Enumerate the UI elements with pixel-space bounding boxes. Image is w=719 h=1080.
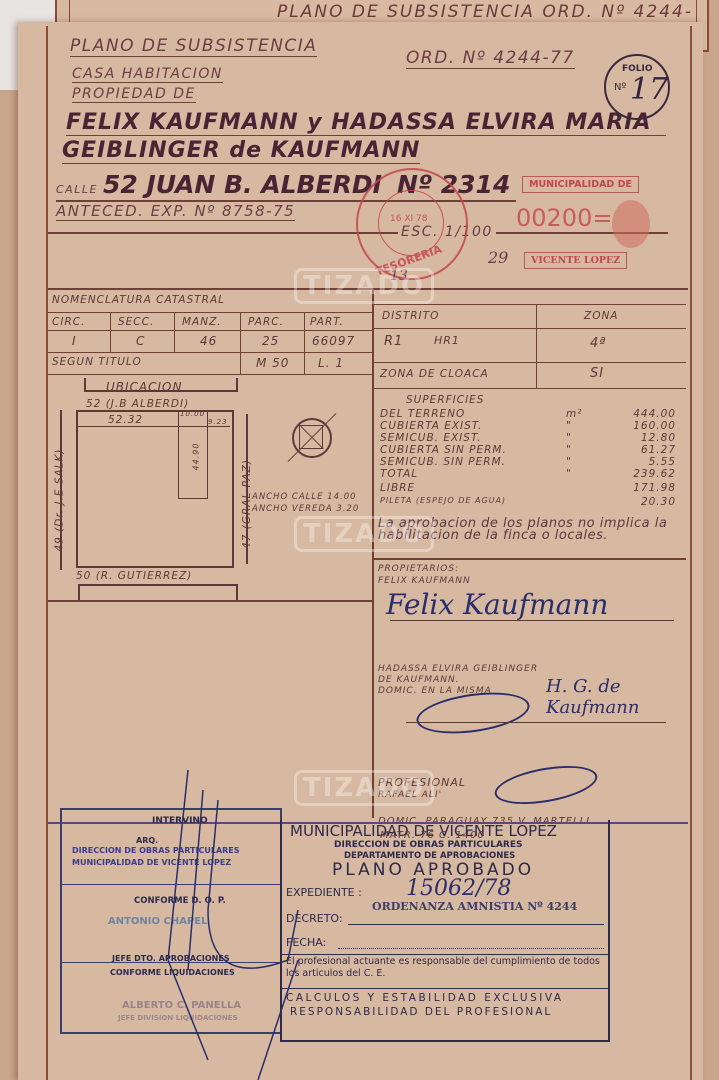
surface-unit — [566, 496, 606, 508]
meter-value: 00200= — [516, 204, 612, 232]
segun-titulo-lote: L. 1 — [318, 356, 344, 370]
fecha-field — [338, 948, 604, 949]
val-secc: C — [136, 334, 145, 348]
distrito-value-1: R1 — [384, 334, 403, 349]
north-arrow-icon — [292, 418, 332, 458]
folio-number: 17 — [630, 72, 668, 107]
surface-label: CUBIERTA SIN PERM. — [380, 444, 566, 456]
surface-row-pileta: PILETA (ESPEJO DE AGUA)20.30 — [380, 496, 680, 508]
owner2-name-1: HADASSA ELVIRA GEIBLINGER — [378, 664, 538, 674]
ancho-vereda: ANCHO VEREDA 3.20 — [252, 504, 359, 514]
surface-row: SEMICUB. SIN PERM."5.55 — [380, 456, 680, 468]
surface-unit: " — [566, 432, 606, 444]
decreto-line — [348, 924, 604, 925]
surface-label: CUBIERTA EXIST. — [380, 420, 566, 432]
zona-value: 4ª — [590, 336, 606, 351]
professional-signature — [492, 759, 600, 811]
block-bottom-outline — [78, 584, 238, 600]
col-secc: SECC. — [118, 316, 154, 328]
street-name: 52 JUAN B. ALBERDI — [103, 170, 382, 199]
tesoreria-seal: 16 XI 78 TESORERIA — [356, 168, 468, 280]
stamp-calc-2: RESPONSABILIDAD DEL PROFESIONAL — [290, 1006, 552, 1018]
coat-of-arms-icon — [612, 200, 650, 248]
col-part: PART. — [310, 316, 344, 328]
stamp-divider — [282, 954, 608, 955]
owner2-signature: H. G. de Kaufmann — [546, 676, 688, 718]
segun-titulo-label: SEGUN TITULO — [52, 356, 142, 368]
surfaces-title: SUPERFICIES — [406, 394, 484, 406]
catastral-title: NOMENCLATURA CATASTRAL — [52, 294, 225, 306]
surface-row: CUBIERTA SIN PERM."61.27 — [380, 444, 680, 456]
building-use: CASA HABITACION — [72, 66, 223, 83]
meter-top-banner: MUNICIPALIDAD DE — [522, 176, 639, 193]
plan-sheet: PLANO DE SUBSISTENCIA ORD. Nº 4244-77 CA… — [18, 22, 703, 1080]
surface-unit — [566, 482, 606, 496]
ordinance-number: ORD. Nº 4244-77 — [406, 48, 575, 69]
divider-map — [48, 600, 372, 602]
col-circ: CIRC. — [52, 316, 85, 328]
location-map: UBICACION 52 (J.B ALBERDI) 52.32 10.00 9… — [48, 374, 372, 600]
divider-surfaces — [374, 558, 686, 560]
surface-value: 171.98 — [606, 482, 676, 496]
cloaca-label: ZONA DE CLOACA — [380, 368, 489, 380]
street-label: CALLE — [56, 183, 98, 196]
col-manz: MANZ. — [182, 316, 222, 328]
cloaca-value: SI — [590, 366, 604, 381]
val-manz: 46 — [200, 334, 217, 348]
surface-row-libre: LIBRE171.98 — [380, 482, 680, 496]
professional-registration: MATR. 76 C. 1400 — [380, 830, 485, 841]
row-divider — [374, 388, 686, 389]
surface-unit: " — [566, 444, 606, 456]
surface-row-total: TOTAL"239.62 — [380, 468, 680, 482]
distrito-label: DISTRITO — [382, 310, 439, 322]
surface-row: CUBIERTA EXIST."160.00 — [380, 420, 680, 432]
dim-side: 9.23 — [208, 418, 228, 426]
postage-meter-stamp: MUNICIPALIDAD DE 00200= VICENTE LOPEZ — [512, 174, 662, 270]
stamp-direction: DIRECCION DE OBRAS PARTICULARES — [334, 840, 522, 850]
zoning-table: DISTRITO ZONA R1 HR1 4ª ZONA DE CLOACA S… — [374, 304, 686, 388]
owner1-signature: Felix Kaufmann — [386, 588, 608, 621]
col-divider — [174, 312, 175, 352]
antecedent: ANTECED. EXP. Nº 8758-75 — [56, 202, 295, 221]
plan-title: PLANO DE SUBSISTENCIA — [70, 36, 317, 57]
street-left: 49 (Dr. J.E SALK) — [54, 449, 66, 552]
watermark: TIZADO — [294, 770, 434, 806]
col-divider — [304, 312, 305, 374]
meter-bottom-banner: VICENTE LOPEZ — [524, 252, 627, 269]
col-divider — [536, 304, 537, 388]
meter-handwritten: 29 — [488, 248, 508, 267]
folio-stamp: FOLIO Nº 17 — [604, 54, 670, 120]
block-top-outline — [84, 378, 238, 392]
surface-row: SEMICUB. EXIST."12.80 — [380, 432, 680, 444]
dim-depth: 44.90 — [191, 443, 200, 471]
surface-value: 239.62 — [606, 468, 676, 482]
surface-value: 61.27 — [606, 444, 676, 456]
stamp-disclaimer: El profesional actuante es responsable d… — [286, 956, 604, 980]
property-of-label: PROPIEDAD DE — [72, 86, 196, 103]
surface-label: DEL TERRENO — [380, 408, 566, 420]
watermark: TIZADO — [294, 268, 434, 304]
dim-front: 10.00 — [180, 410, 205, 418]
owners-line-2: GEIBLINGER de KAUFMANN — [62, 138, 420, 164]
expediente-value: 15062/78 — [406, 876, 511, 901]
val-parc: 25 — [262, 334, 279, 348]
surface-label: SEMICUB. EXIST. — [380, 432, 566, 444]
col-divider — [240, 312, 241, 374]
dim-block: 52.32 — [108, 414, 143, 426]
surface-value: 20.30 — [606, 496, 676, 508]
owners-line-1: FELIX KAUFMANN y HADASSA ELVIRA MARIA — [66, 110, 666, 136]
surface-unit: " — [566, 456, 606, 468]
row-divider — [48, 312, 372, 313]
surface-unit: m² — [566, 408, 606, 420]
surface-value: 160.00 — [606, 420, 676, 432]
surface-value: 12.80 — [606, 432, 676, 444]
plano-aprobado-stamp: MUNICIPALIDAD DE VICENTE LOPEZ DIRECCION… — [280, 820, 610, 1042]
ancho-calle: ANCHO CALLE 14.00 — [252, 492, 357, 502]
signature-line — [390, 620, 674, 621]
stamp-calc-1: CALCULOS Y ESTABILIDAD EXCLUSIVA — [286, 992, 564, 1004]
zona-label: ZONA — [584, 310, 619, 322]
row-divider — [374, 362, 686, 363]
owner2-name-2: DE KAUFMANN. — [378, 675, 460, 685]
surface-label: TOTAL — [380, 468, 566, 482]
stamp-divider — [282, 988, 608, 989]
surface-unit: " — [566, 468, 606, 482]
surfaces-rows: DEL TERRENOm²444.00 CUBIERTA EXIST."160.… — [380, 408, 680, 508]
val-circ: I — [72, 334, 77, 348]
row-divider — [48, 352, 372, 353]
watermark: TIZADO — [294, 516, 434, 552]
row-divider — [48, 330, 372, 331]
surface-unit: " — [566, 420, 606, 432]
owner1-name: FELIX KAUFMANN — [378, 576, 471, 586]
row-divider — [374, 328, 686, 329]
surface-label: PILETA (ESPEJO DE AGUA) — [380, 496, 566, 508]
owners-label: PROPIETARIOS: — [378, 564, 459, 574]
decreto-value: ORDENANZA AMNISTIA Nº 4244 — [372, 900, 577, 913]
street-bottom: 50 (R. GUTIERREZ) — [76, 570, 192, 582]
surface-label: SEMICUB. SIN PERM. — [380, 456, 566, 468]
surface-value: 444.00 — [606, 408, 676, 420]
val-part: 66097 — [312, 334, 355, 348]
col-divider — [110, 312, 111, 352]
dimension-line — [78, 426, 230, 427]
distrito-value-2: HR1 — [434, 334, 460, 347]
surface-row: DEL TERRENOm²444.00 — [380, 408, 680, 420]
row-divider — [374, 304, 686, 305]
surface-value: 5.55 — [606, 456, 676, 468]
segun-titulo-manzana: M 50 — [256, 356, 289, 370]
street-top: 52 (J.B ALBERDI) — [86, 398, 189, 410]
surface-label: LIBRE — [380, 482, 566, 496]
official-signature — [148, 760, 318, 1080]
block-outline: 52.32 10.00 9.23 44.90 — [76, 410, 234, 568]
folio-number-label: Nº — [614, 82, 626, 93]
seal-date: 16 XI 78 — [390, 214, 427, 224]
signature-line — [406, 722, 666, 723]
col-parc: PARC. — [248, 316, 284, 328]
